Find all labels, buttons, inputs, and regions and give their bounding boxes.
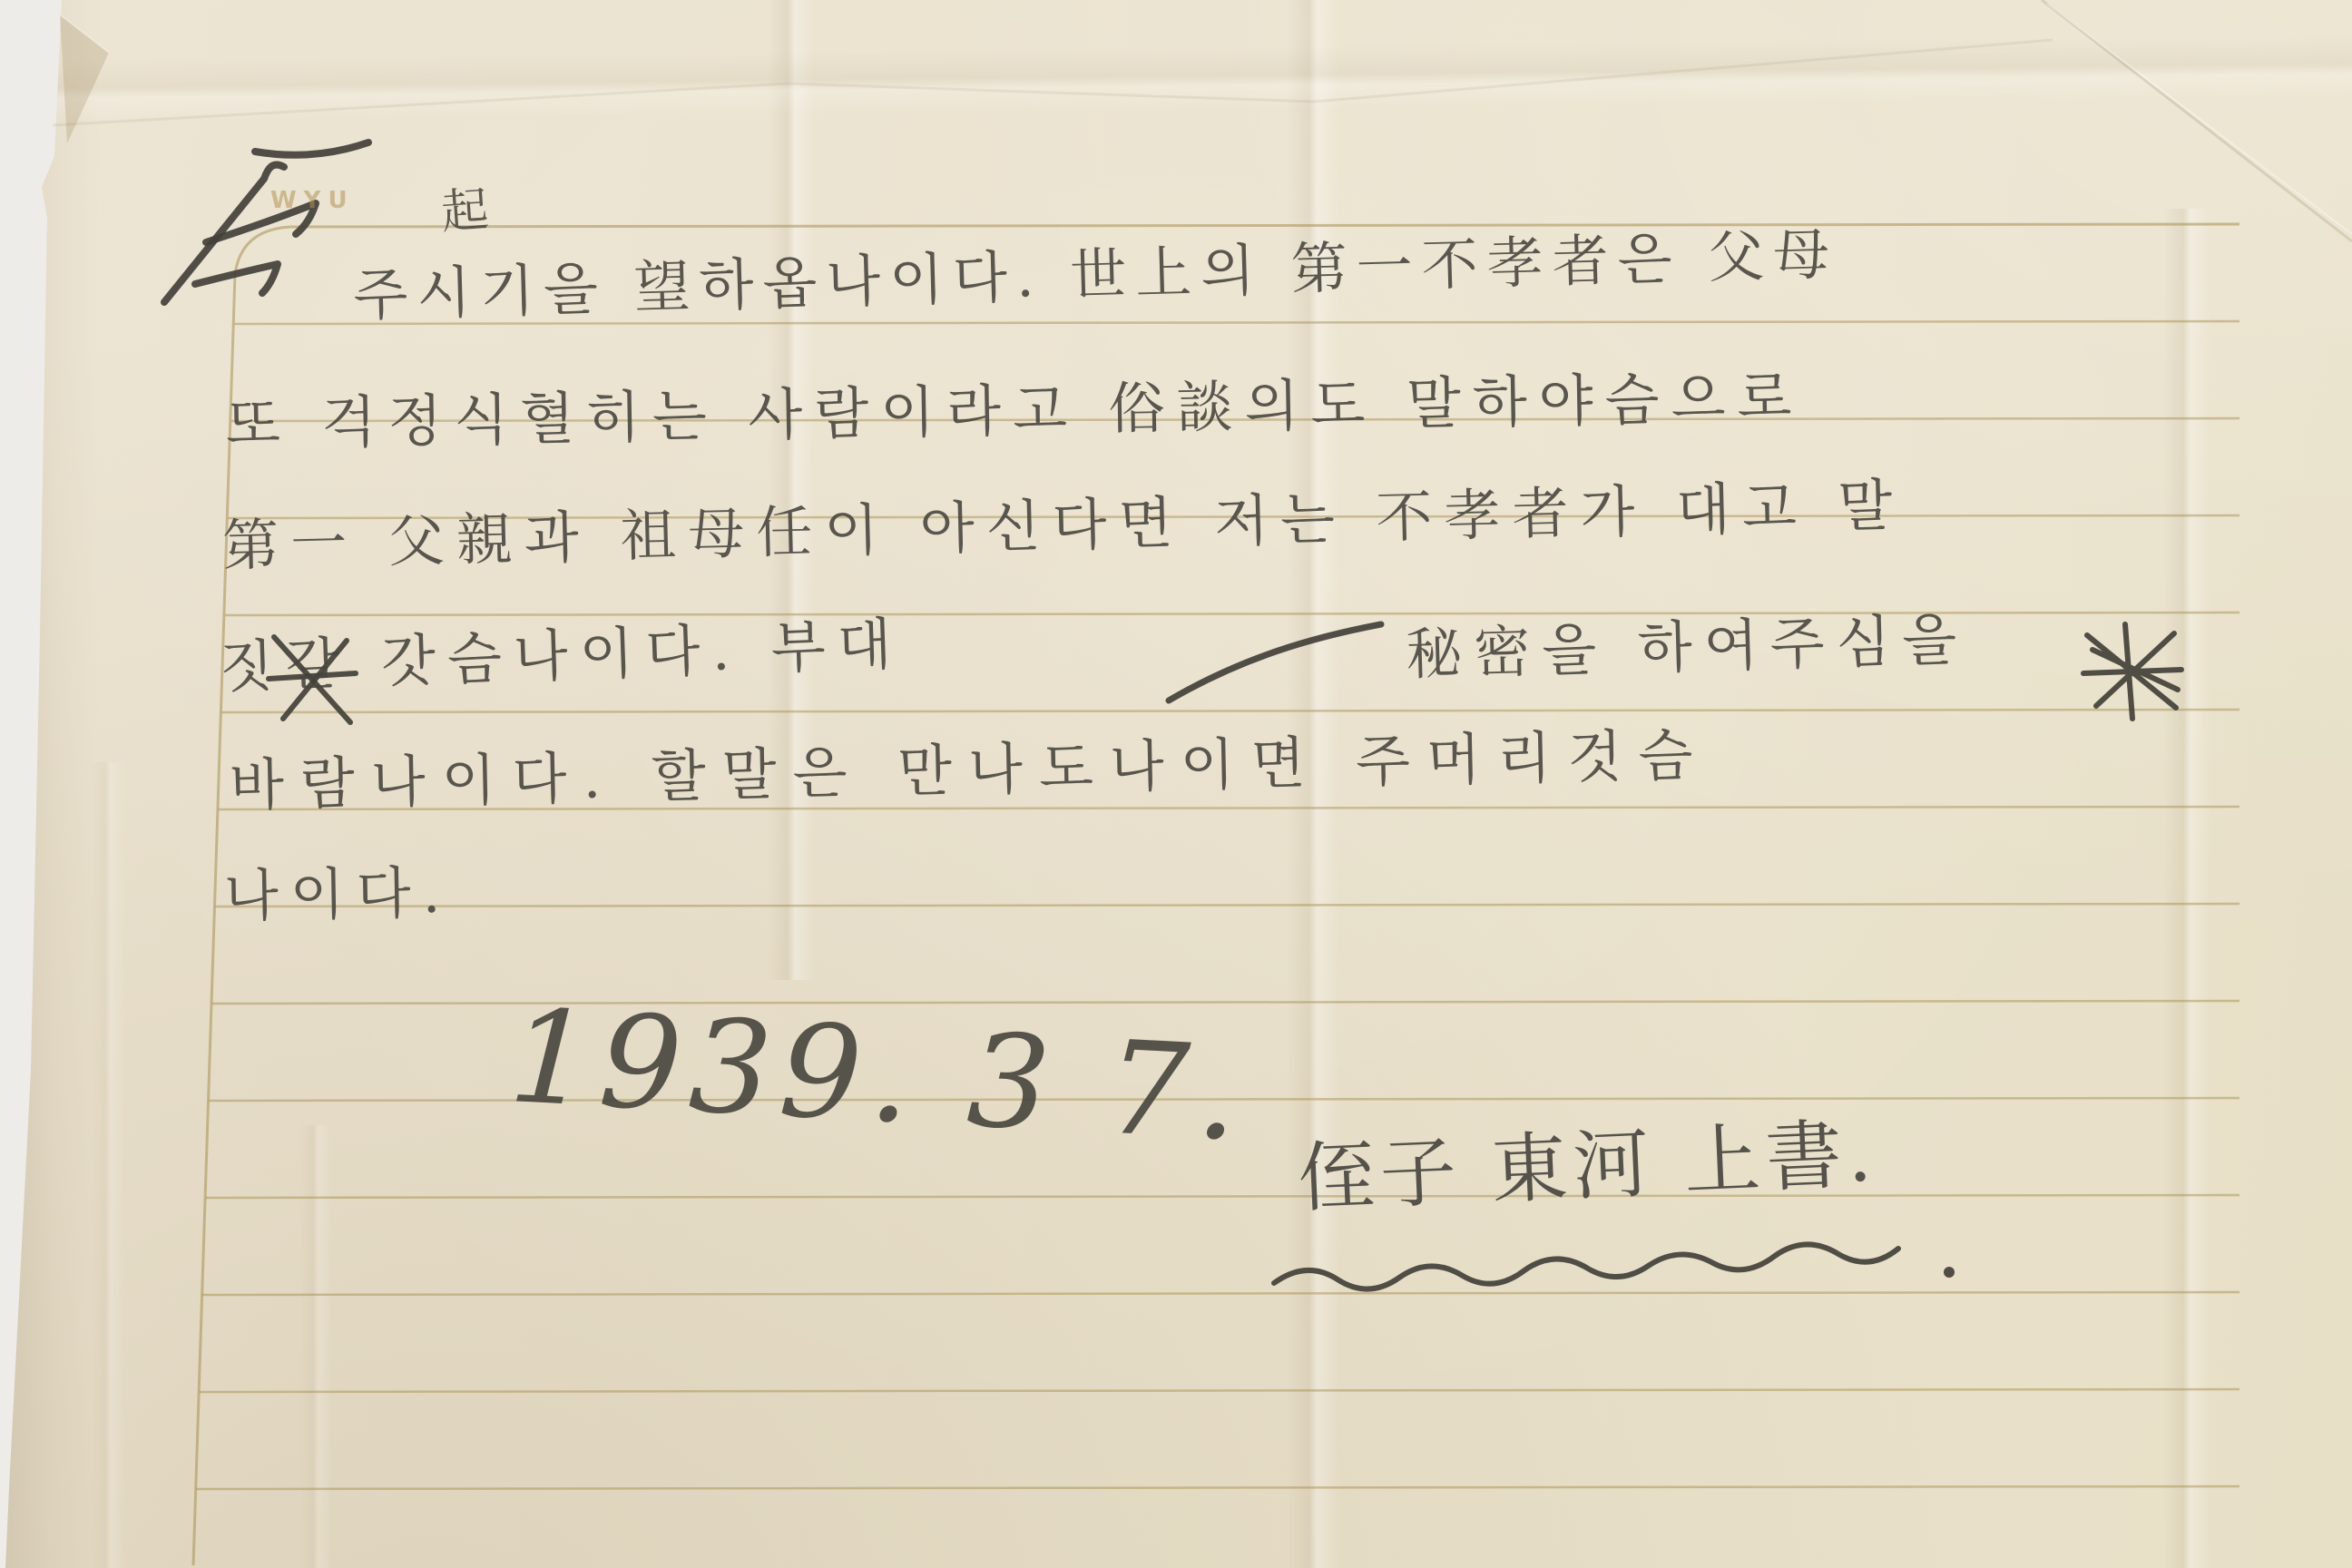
handwriting-line: 秘密을 하여주심을 xyxy=(1405,594,1969,691)
paper-watermark: WYU xyxy=(270,187,355,214)
paper-fold-crease xyxy=(91,762,125,1568)
paper-fold-crease xyxy=(299,1125,332,1568)
letter-photo: WYU 起 주시기을 望하옵나이다. 世上의 第一不孝者은 父母 또 걱정식혈히… xyxy=(0,0,2352,1568)
handwriting-line: 나이다. xyxy=(223,848,453,932)
inserted-character: 起 xyxy=(438,171,490,241)
paper-fold-crease xyxy=(2163,209,2210,1568)
paper-edge-shade xyxy=(0,0,100,1568)
paper-fold-crease xyxy=(0,34,2352,122)
